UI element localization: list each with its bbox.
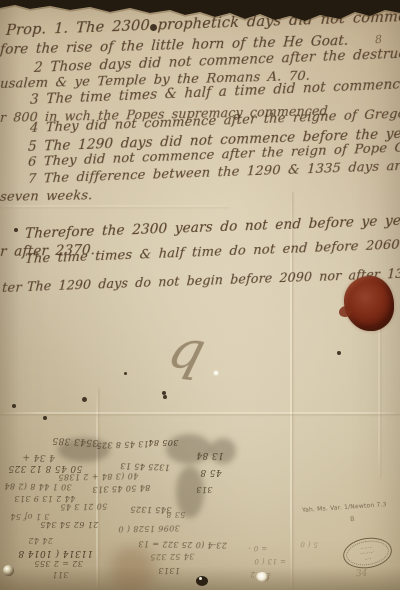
scribble-line: 13 45 8 325 [96,439,149,450]
manuscript-line: The 1290 days do not begin before 2090 n… [27,265,400,294]
metal-grommet [3,565,14,576]
ink-speck [124,372,127,375]
manuscript-line: The time times & half time do not end be… [25,236,400,267]
scribble-line: 50 21 3 45 [60,502,107,512]
scribble-line: 53 8 [166,510,185,519]
library-stamp-text: –·–·– ·–·–·–· –·– [344,538,390,568]
manuscript-line: Therefore the 2300 years do not end befo… [25,211,400,242]
ink-speck [337,351,341,355]
scribble-line: 30 1 44 8 (2 84 [4,481,72,491]
scribble-line: 32 = 2 355 [34,559,83,568]
scribble-line: 3096 1528 ( 0 [118,523,180,533]
archive-shelfmark-sub: 8 [350,515,355,523]
manuscript-line: seven weeks. [0,188,93,205]
ink-speck [162,391,166,395]
scribble-line: 34 52 325 [150,552,194,562]
manuscript-photo: Prop. 1. The 2300 prophetick days did no… [0,0,400,590]
scribble-line: 305 84 [148,438,178,447]
scribble-line: 21 62 54 345 [40,520,98,529]
scribble-line: 313 [196,485,212,494]
scribble-line: 5 ( 0 [300,540,318,549]
ink-speck [14,228,18,232]
scribble-line: 1313 [158,566,180,575]
ink-speck [82,397,87,402]
library-stamp: –·–·– ·–·–·–· –·– [341,534,394,571]
folio-number: 8 [375,33,383,46]
scribble-line: 45 8 [200,467,222,477]
stain-smudge [110,546,156,590]
scribble-line: 84 50 45 313 [92,483,151,494]
ink-speck [43,416,47,420]
scribble-line: 311 [52,570,68,579]
crease-line [0,412,400,414]
archive-shelfmark: Yah. Ms. Var. 1/Newton 7.3 [302,501,387,514]
paper-hole-speck [214,371,218,375]
crease-line [0,205,230,207]
ink-speck [12,404,16,408]
scribble-line: 13 84 [196,450,224,460]
scribble-line: 40 (3 84 + 2 1385 [58,471,138,481]
ink-speck [150,24,157,31]
scribble-line: 24 42 [28,536,53,545]
scribble-line: 1325 45 13 [120,461,170,472]
scribble-line: = 13 ( 0 [254,557,286,565]
scribble-line: 11314 ( 1014 8 [18,548,93,558]
scribble-line: 4 34 + [22,452,55,463]
pen-flourish: q [162,317,213,383]
wax-seal [344,276,394,331]
stamp-line: –·– [364,555,372,561]
ink-speck [163,395,167,399]
ink-hole-spot [196,576,208,586]
faint-pencil-mark: 34 [356,569,368,580]
scribble-line: 23-4 (0 25 322 = 13 [138,539,227,550]
scribble-line: = 0 - [248,544,267,552]
manuscript-line: ter [1,281,22,296]
